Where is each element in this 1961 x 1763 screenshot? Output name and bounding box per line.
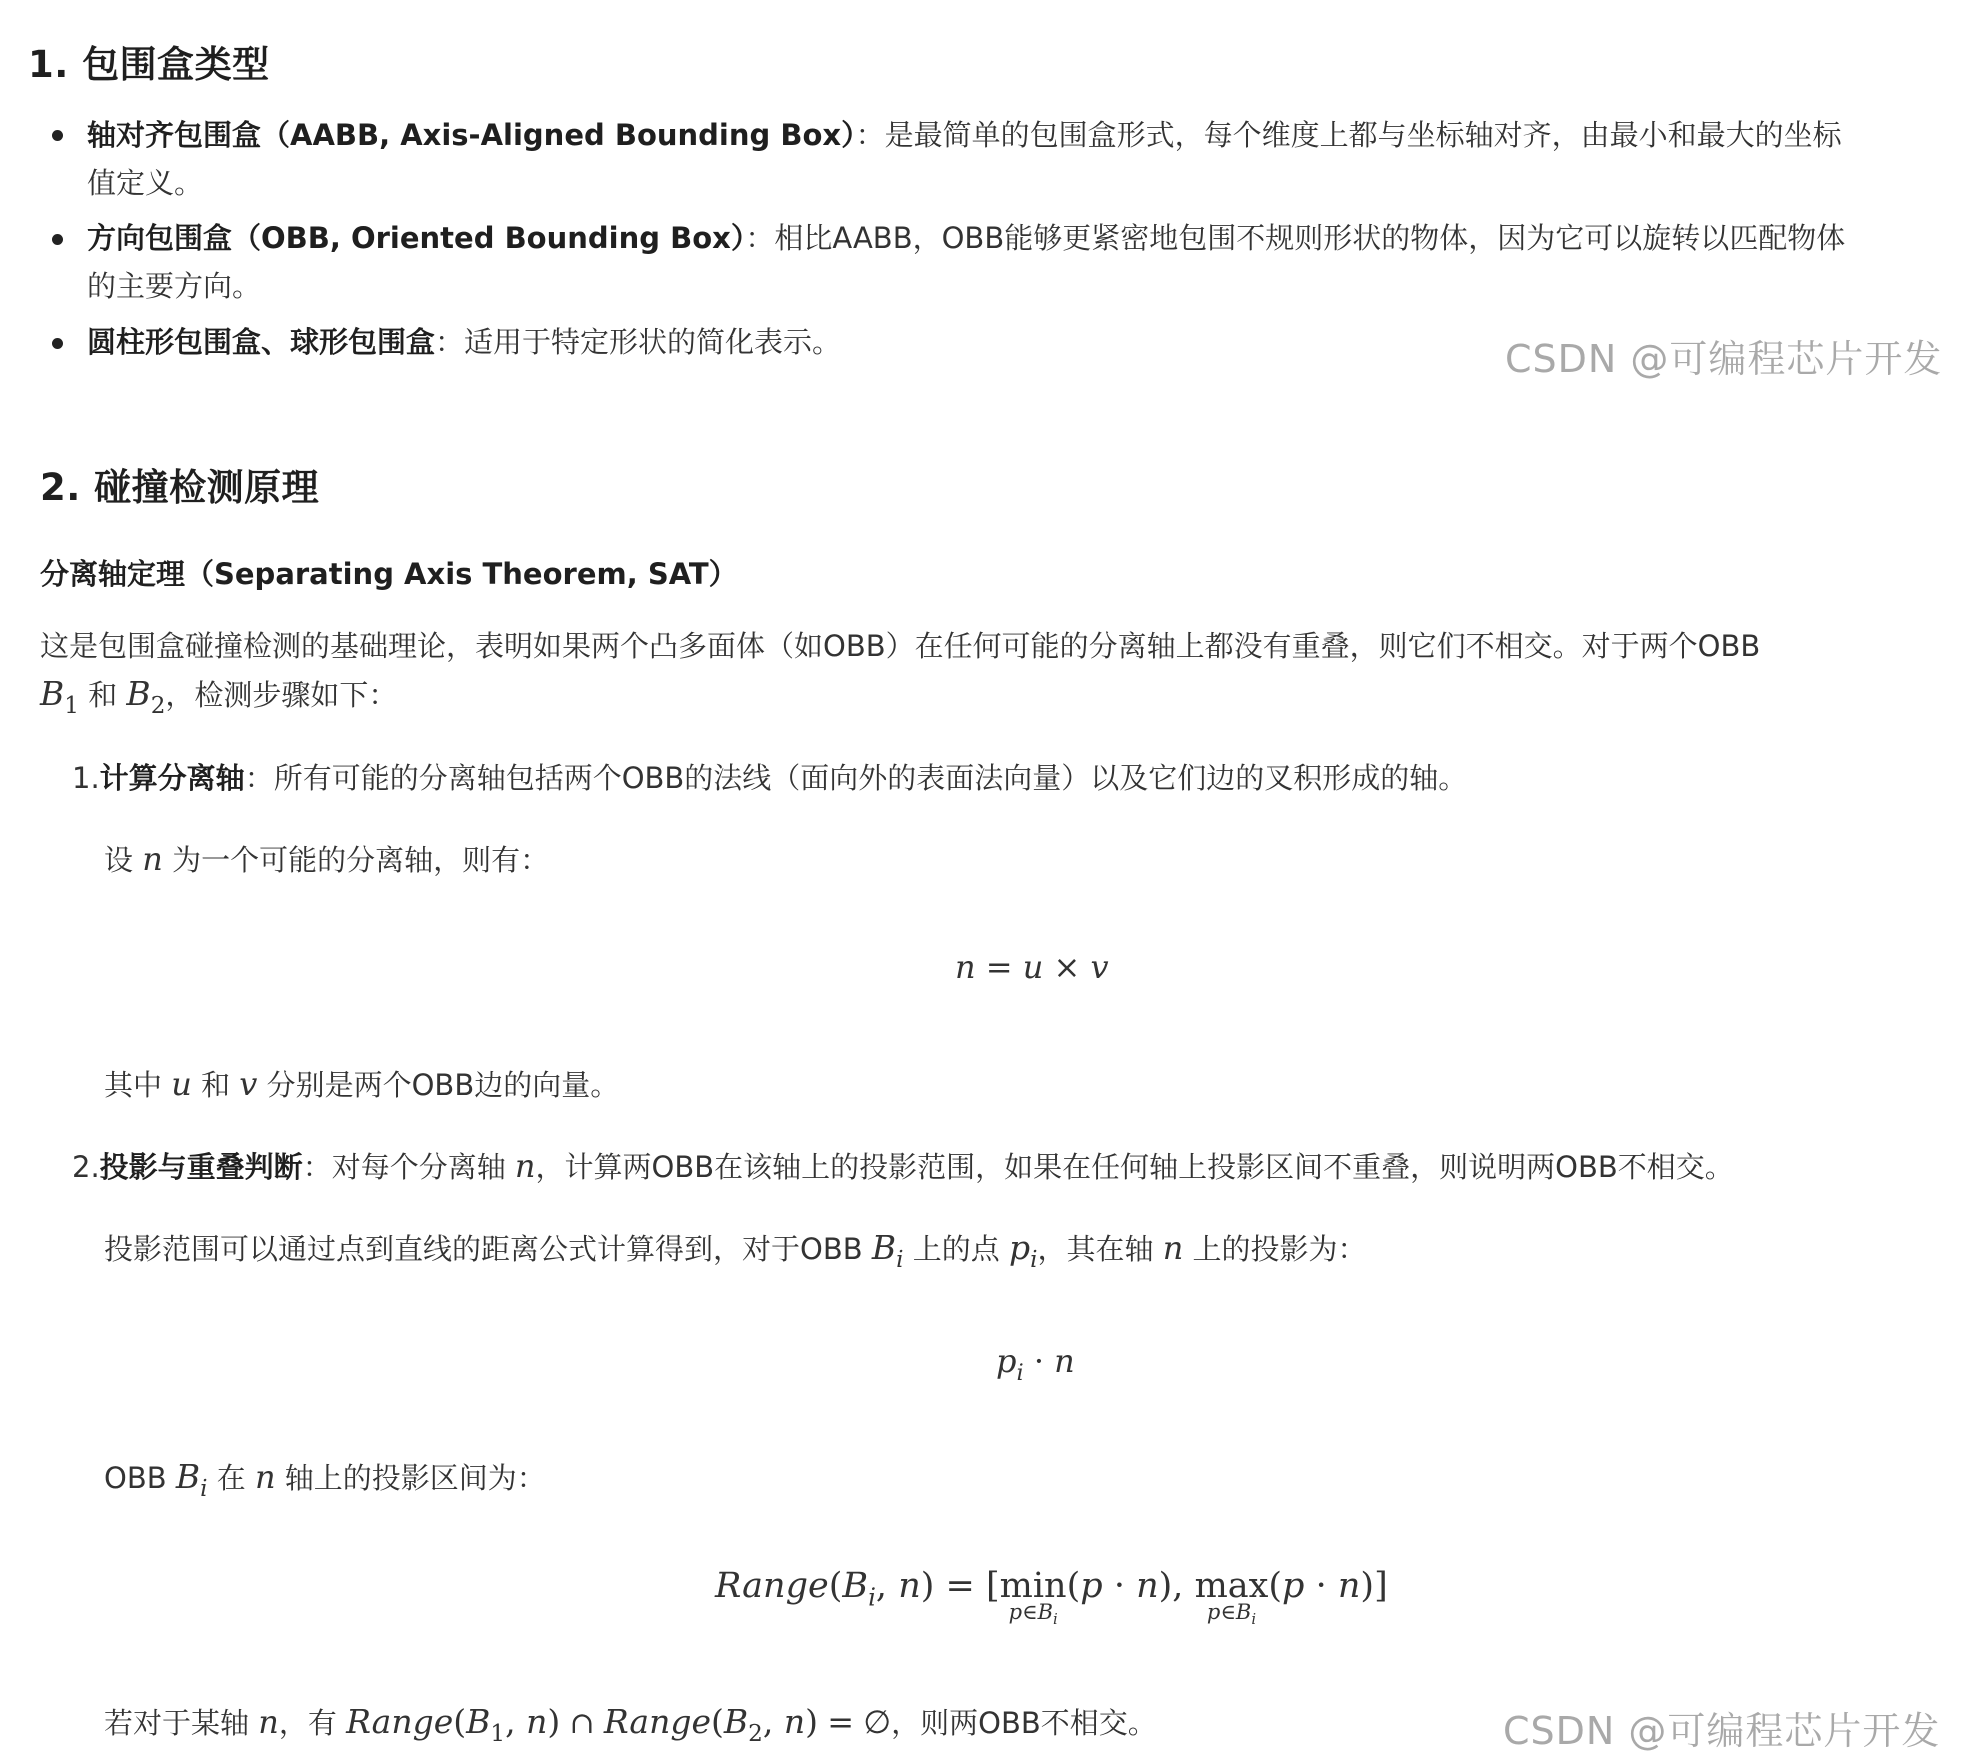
bullet-icon	[52, 234, 63, 245]
step-1: 1.计算分离轴：所有可能的分离轴包括两个OBB的法线（面向外的表面法向量）以及它…	[72, 754, 1467, 802]
bullet-icon	[52, 130, 63, 141]
formula-projection: pi · n	[996, 1342, 1075, 1386]
step-2-title: 投影与重叠判断	[100, 1150, 303, 1184]
step-1-where: 其中 u 和 v 分别是两个OBB边的向量。	[104, 1060, 619, 1109]
step-2-projection: 投影范围可以通过点到直线的距离公式计算得到，对于OBB Bi 上的点 pi，其在…	[104, 1224, 1367, 1284]
bullet-icon	[52, 338, 63, 349]
description-aabb: ：是最简单的包围盒形式，每个维度上都与坐标轴对齐，由最小和最大的坐标	[856, 118, 1842, 152]
term-cylinder-sphere: 圆柱形包围盒、球形包围盒	[87, 325, 435, 359]
math-B1: B1	[40, 674, 79, 713]
formula-cross-product: n = u × v	[955, 948, 1109, 986]
watermark: CSDN @可编程芯片开发	[1505, 328, 1942, 383]
description-cylinder-sphere: ：适用于特定形状的简化表示。	[435, 325, 841, 359]
step-2-condition: 若对于某轴 n，有 Range(B1, n) ∩ Range(B2, n) = …	[104, 1698, 1157, 1758]
list-item-obb: 方向包围盒（OBB, Oriented Bounding Box）：相比AABB…	[87, 214, 1845, 262]
intro-paragraph-line1: 这是包围盒碰撞检测的基础理论，表明如果两个凸多面体（如OBB）在任何可能的分离轴…	[40, 622, 1760, 670]
math-B2: B2	[126, 674, 165, 713]
list-item-obb-continued: 的主要方向。	[87, 262, 261, 310]
step-2: 2.投影与重叠判断：对每个分离轴 n，计算两OBB在该轴上的投影范围，如果在任何…	[72, 1142, 1734, 1191]
list-item-cylinder-sphere: 圆柱形包围盒、球形包围盒：适用于特定形状的简化表示。	[87, 318, 841, 366]
watermark: CSDN @可编程芯片开发	[1503, 1700, 1940, 1755]
step-1-title: 计算分离轴	[100, 761, 245, 795]
list-item-aabb-continued: 值定义。	[87, 159, 203, 207]
subheading-sat: 分离轴定理（Separating Axis Theorem, SAT）	[40, 552, 738, 593]
formula-range: Range(Bi, n) = [minp∈Bi(p · n), maxp∈Bi(…	[715, 1566, 1388, 1612]
description-obb: ：相比AABB，OBB能够更紧密地包围不规则形状的物体，因为它可以旋转以匹配物体	[745, 221, 1845, 255]
max-operator: maxp∈Bi	[1195, 1566, 1269, 1606]
step-2-range-intro: OBB Bi 在 n 轴上的投影区间为：	[104, 1453, 546, 1513]
intro-paragraph-line2: B1 和 B2，检测步骤如下：	[40, 670, 397, 730]
list-item-aabb: 轴对齐包围盒（AABB, Axis-Aligned Bounding Box）：…	[87, 111, 1842, 159]
term-aabb: 轴对齐包围盒（AABB, Axis-Aligned Bounding Box）	[87, 118, 856, 152]
term-obb: 方向包围盒（OBB, Oriented Bounding Box）	[87, 221, 745, 255]
step-1-let: 设 n 为一个可能的分离轴，则有：	[104, 835, 549, 884]
section-heading-collision-detection: 2. 碰撞检测原理	[40, 457, 319, 511]
min-operator: minp∈Bi	[1000, 1566, 1067, 1606]
section-heading-bounding-box-types: 1. 包围盒类型	[28, 34, 270, 88]
